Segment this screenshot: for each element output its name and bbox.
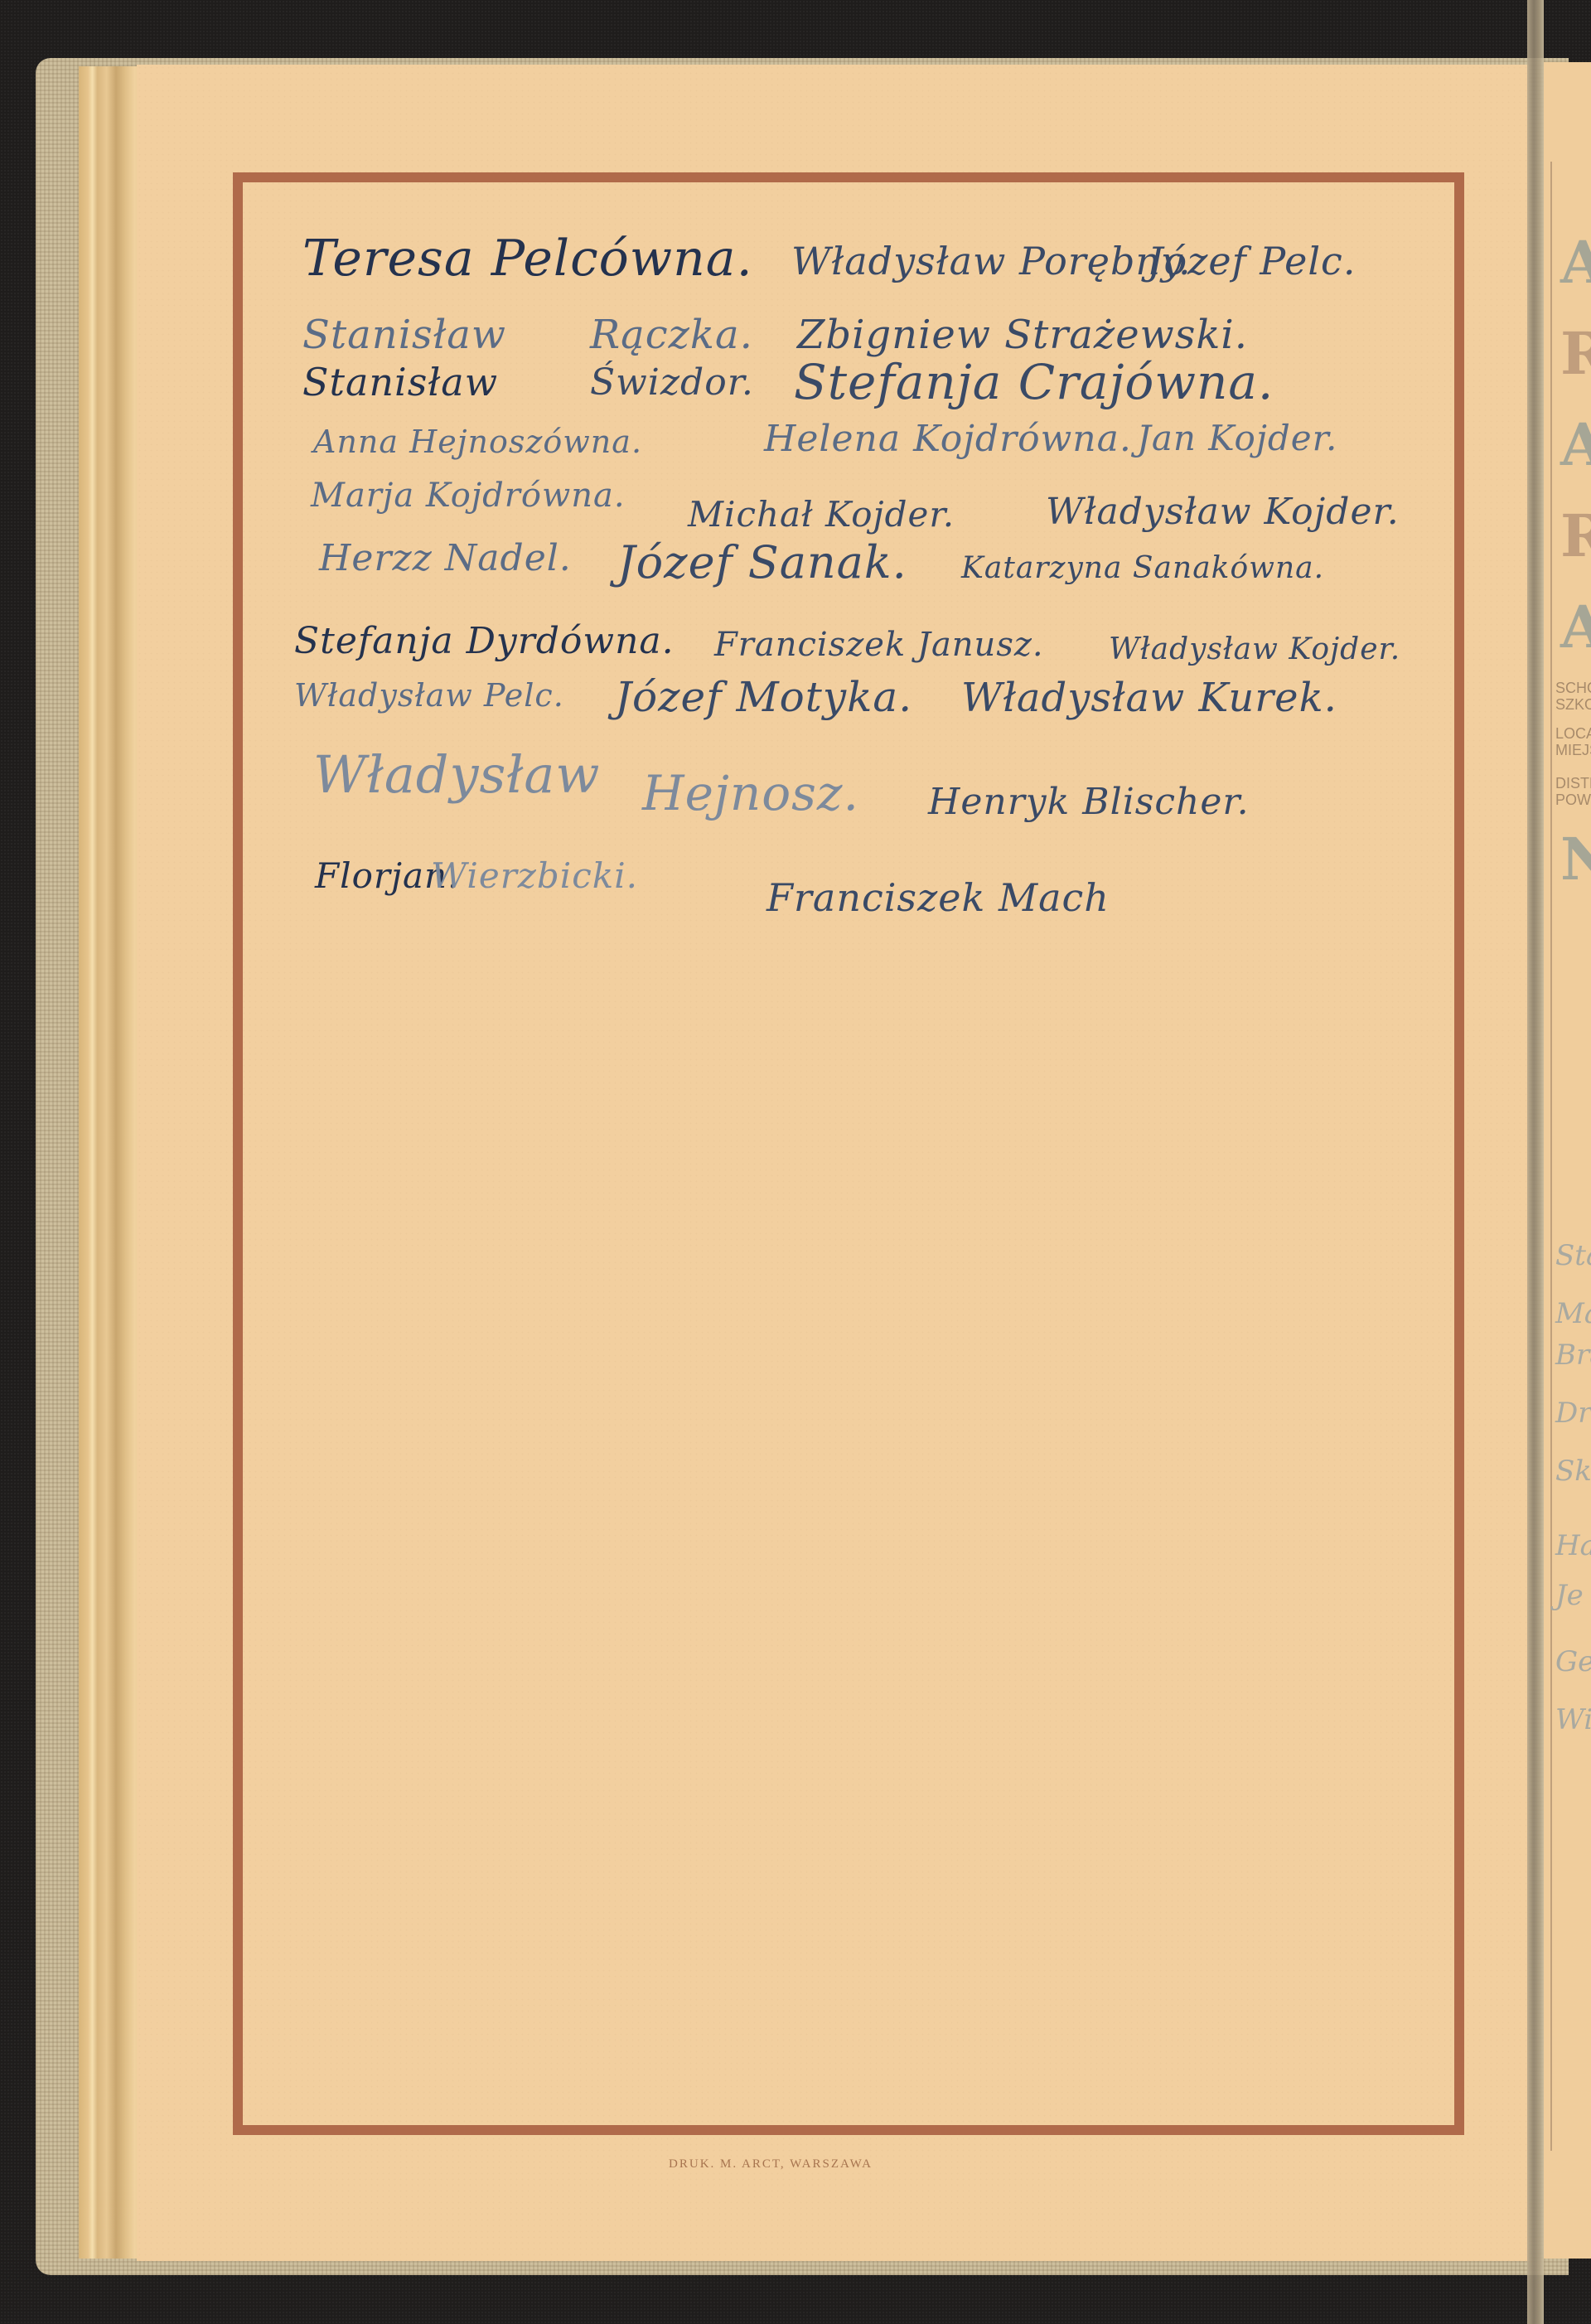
decorative-ornament: R xyxy=(1560,319,1591,388)
adjacent-label: SCHOO xyxy=(1555,680,1591,696)
signature: Zbigniew Strażewski. xyxy=(797,315,1248,355)
signature: Herzz Nadel. xyxy=(319,540,572,577)
adjacent-handwriting: Bra xyxy=(1555,1339,1591,1372)
signature: Wierzbicki. xyxy=(431,859,638,893)
signature: Stanisław xyxy=(302,315,506,355)
signature: Władysław Kojder. xyxy=(1046,494,1400,530)
signature: Hejnosz. xyxy=(642,769,859,817)
book-spine-gutter xyxy=(1527,0,1544,2324)
signature: Władysław Porębny. xyxy=(791,242,1192,280)
adjacent-label: POW xyxy=(1555,792,1591,808)
signature: Michał Kojder. xyxy=(688,497,955,532)
signature: Helena Kojdrówna. xyxy=(764,421,1132,458)
signature: Władysław Kurek. xyxy=(961,678,1337,718)
adjacent-handwriting: Ger xyxy=(1555,1645,1591,1678)
signature: Teresa Pelcówna. xyxy=(302,234,753,283)
signature: Władysław Pelc. xyxy=(294,680,564,711)
signature: Henryk Blischer. xyxy=(928,784,1250,821)
adjacent-handwriting: Sk xyxy=(1555,1455,1591,1488)
printer-imprint-text: DRUK. M. ARCT, WARSZAWA xyxy=(669,2157,873,2171)
adjacent-label: SZKO xyxy=(1555,696,1591,713)
page-edges xyxy=(79,66,141,2259)
decorative-ornament: N xyxy=(1560,825,1591,893)
adjacent-handwriting: Ha xyxy=(1555,1529,1591,1562)
adjacent-handwriting: Ma xyxy=(1555,1297,1591,1330)
decorative-ornament: A xyxy=(1560,410,1591,479)
decorative-ornament: A xyxy=(1560,593,1591,661)
signature: Katarzyna Sanakówna. xyxy=(961,554,1324,583)
adjacent-label: MIEJS xyxy=(1555,742,1591,758)
signature: Władysław xyxy=(313,749,600,801)
signature: Józef Pelc. xyxy=(1148,242,1356,280)
adjacent-handwriting: Je xyxy=(1555,1579,1584,1612)
signature: Rączka. xyxy=(590,315,753,355)
signature: Świzdor. xyxy=(590,365,754,401)
decorative-ornament: R xyxy=(1560,501,1591,570)
signature: Franciszek Janusz. xyxy=(714,628,1044,661)
signature: Stefanja Crajówna. xyxy=(794,358,1274,406)
signature: Jan Kojder. xyxy=(1137,421,1337,456)
signature: Józef Sanak. xyxy=(617,540,907,585)
signature: Stefanja Dyrdówna. xyxy=(294,623,675,660)
signature: Anna Hejnoszówna. xyxy=(313,426,642,458)
signature: Władysław Kojder. xyxy=(1109,635,1400,665)
adjacent-handwriting: Dr xyxy=(1555,1397,1591,1430)
adjacent-handwriting: Sta xyxy=(1555,1239,1591,1272)
signature: Marja Kojdrówna. xyxy=(311,479,626,512)
page-border-frame xyxy=(233,172,1464,2135)
signature: Franciszek Mach xyxy=(766,879,1110,917)
signature: Józef Motyka. xyxy=(615,676,912,718)
decorative-ornament: A xyxy=(1560,228,1591,297)
signature: Stanisław xyxy=(302,363,498,401)
adjacent-handwriting: Wil xyxy=(1555,1703,1591,1736)
printer-imprint: DRUK. M. ARCT, WARSZAWA xyxy=(0,2157,1591,2171)
adjacent-label: LOCAL xyxy=(1555,725,1591,742)
adjacent-label: DISTR xyxy=(1555,775,1591,792)
adjacent-page-border xyxy=(1550,162,1552,2151)
adjacent-page: A R A R A SCHOO SZKO LOCAL MIEJS DISTR P… xyxy=(1544,62,1591,2259)
